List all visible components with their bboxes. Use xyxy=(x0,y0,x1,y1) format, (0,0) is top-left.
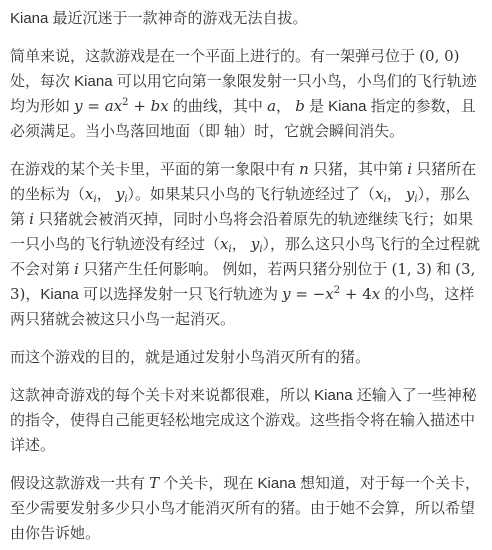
math-variable: b xyxy=(295,97,305,115)
text-run: 只猪产生任何影响。 例如，若两只猪分别位于 xyxy=(79,261,392,278)
math-variable: x xyxy=(325,285,333,303)
math-variable: x xyxy=(372,285,380,303)
math-variable: y xyxy=(74,97,82,115)
math-variable: y xyxy=(282,285,290,303)
text-run: Kiana 最近沉迷于一款神奇的游戏无法自拔。 xyxy=(10,10,308,27)
text-run: 的曲线，其中 xyxy=(169,98,267,115)
text-run: ，Kiana 可以选择发射一只飞行轨迹为 xyxy=(25,286,282,303)
math-variable: ax xyxy=(105,97,122,115)
paragraph-2: 简单来说，这款游戏是在一个平面上进行的。有一架弹弓位于 (0, 0) 处，每次 … xyxy=(10,44,482,144)
text-run: 而这个游戏的目的，就是通过发射小鸟消灭所有的猪。 xyxy=(10,349,370,366)
math-literal: + xyxy=(129,97,151,115)
math-variable: n xyxy=(299,160,309,178)
text-run: 只猪，其中第 xyxy=(309,161,407,178)
text-run: ， xyxy=(387,186,406,203)
text-run: 这款神奇游戏的每个关卡对来说都很难，所以 Kiana 还输入了一些神秘的指令，使… xyxy=(10,387,477,454)
text-run: ， xyxy=(97,186,116,203)
text-run: ， xyxy=(232,236,251,253)
text-run: 和 xyxy=(432,261,455,278)
math-literal: = − xyxy=(291,285,326,303)
math-variable: T xyxy=(149,474,159,492)
text-run: 假设这款游戏一共有 xyxy=(10,475,149,492)
math-literal: (1, 3) xyxy=(392,260,432,278)
paragraph-3: 在游戏的某个关卡里，平面的第一象限中有 n 只猪，其中第 i 只猪所在的坐标为（… xyxy=(10,157,482,332)
text-run: ， xyxy=(276,98,295,115)
math-literal: = xyxy=(83,97,105,115)
problem-statement: Kiana 最近沉迷于一款神奇的游戏无法自拔。简单来说，这款游戏是在一个平面上进… xyxy=(0,0,492,546)
paragraph-4: 而这个游戏的目的，就是通过发射小鸟消灭所有的猪。 xyxy=(10,345,482,370)
paragraph-5: 这款神奇游戏的每个关卡对来说都很难，所以 Kiana 还输入了一些神秘的指令，使… xyxy=(10,383,482,458)
math-variable: bx xyxy=(151,97,169,115)
math-literal: + 4 xyxy=(340,285,372,303)
text-run: 在游戏的某个关卡里，平面的第一象限中有 xyxy=(10,161,299,178)
math-variable: a xyxy=(267,97,276,115)
paragraph-1: Kiana 最近沉迷于一款神奇的游戏无法自拔。 xyxy=(10,6,482,31)
text-run: ）。如果某只小鸟的飞行轨迹经过了（ xyxy=(128,186,376,203)
text-run: 简单来说，这款游戏是在一个平面上进行的。有一架弹弓位于 xyxy=(10,48,419,65)
math-literal: (0, 0) xyxy=(419,47,459,65)
math-variable: x xyxy=(375,185,383,203)
paragraph-6: 假设这款游戏一共有 T 个关卡，现在 Kiana 想知道，对于每一个关卡，至少需… xyxy=(10,471,482,546)
